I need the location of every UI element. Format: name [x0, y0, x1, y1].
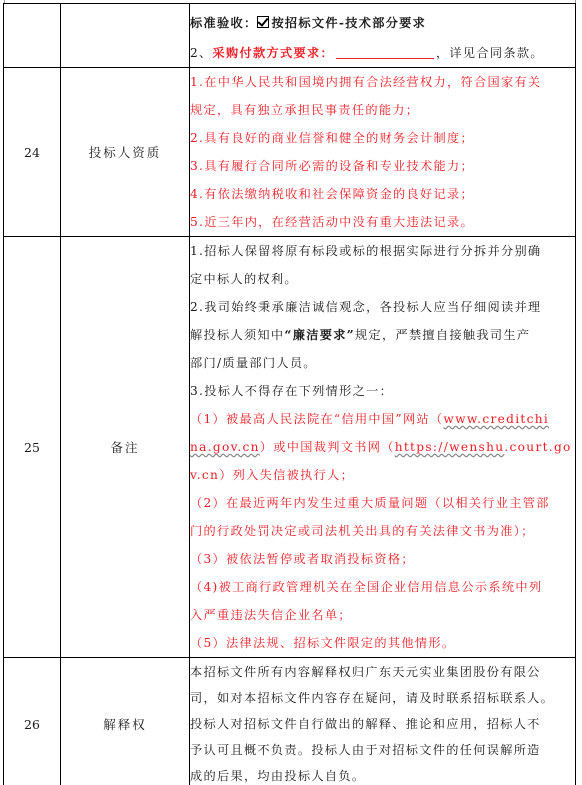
wenshu-link-tail[interactable]: .court.go — [504, 440, 571, 454]
acceptance-value: 按招标文件-技术部分要求 — [271, 16, 426, 30]
qualification-line: 2.具有良好的商业信誉和健全的财务会计制度； — [190, 124, 575, 152]
interpretation-line: 本招标文件所有内容解释权归广东天元实业集团股份有限公 — [190, 659, 575, 685]
remark-line: （3）被依法暂停或者取消投标资格； — [190, 545, 575, 573]
qualification-line: 1.在中华人民共和国境内拥有合法经营权力，符合国家有关 — [190, 68, 575, 96]
interpretation-rights-content: 本招标文件所有内容解释权归广东天元实业集团股份有限公 司，如对本招标文件内容存在… — [190, 658, 576, 785]
tender-requirements-table: 标准验收：按招标文件-技术部分要求 2、采购付款方式要求：，详见合同条款。 24… — [3, 3, 576, 785]
remark-text: ）或中国裁判文书网（ — [260, 440, 395, 454]
remark-line: 门的行政处罚决定或司法机关出具的有关法律文书为准）； — [190, 517, 575, 545]
row-number-cell: 25 — [4, 237, 61, 658]
payment-label: 采购付款方式要求： — [213, 46, 334, 60]
payment-blank-field[interactable] — [336, 44, 434, 59]
creditchina-link[interactable]: www.creditchi — [443, 412, 549, 426]
qualification-line: 3.具有履行合同所必需的设备和专业技术能力； — [190, 152, 575, 180]
row-name-cell: 解释权 — [61, 658, 190, 785]
remark-line: 2.我司始终秉承廉洁诚信观念，各投标人应当仔细阅读并理 — [190, 293, 575, 321]
remark-line: na.gov.cn）或中国裁判文书网（https://wenshu.court.… — [190, 433, 575, 461]
row-name-cell — [61, 4, 190, 68]
row-number-cell — [4, 4, 61, 68]
checked-checkbox-icon[interactable] — [257, 16, 269, 28]
remark-line: 解投标人须知中“廉洁要求”规定，严禁擅自接触我司生产 — [190, 321, 575, 349]
creditchina-link-continued[interactable]: na.gov.cn — [190, 440, 260, 454]
acceptance-label: 标准验收： — [190, 16, 257, 30]
remark-text: 规定，严禁擅自接触我司生产 — [355, 328, 530, 342]
remark-line: 1.招标人保留将原有标段或标的根据实际进行分拆并分别确 — [190, 237, 575, 265]
row-number-cell: 26 — [4, 658, 61, 785]
interpretation-line: 成的后果，均由投标人自负。 — [190, 763, 575, 785]
remark-line: 部门/质量部门人员。 — [190, 349, 575, 377]
remark-line: （5）法律法规、招标文件限定的其他情形。 — [190, 629, 575, 657]
bidder-qualification-content: 1.在中华人民共和国境内拥有合法经营权力，符合国家有关 规定，具有独立承担民事责… — [190, 68, 576, 237]
qualification-line: 规定，具有独立承担民事责任的能力； — [190, 96, 575, 124]
remark-line: v.cn）列入失信被执行人； — [190, 461, 575, 489]
wenshu-link[interactable]: https://wenshu — [395, 440, 505, 454]
payment-line: 2、采购付款方式要求：，详见合同条款。 — [190, 39, 575, 67]
interpretation-line: 投标人对招标文件自行做出的解释、推论和应用，招标人不 — [190, 711, 575, 737]
table-row-25: 25 备注 1.招标人保留将原有标段或标的根据实际进行分拆并分别确 定中标人的权… — [4, 237, 576, 658]
table-row-24: 24 投标人资质 1.在中华人民共和国境内拥有合法经营权力，符合国家有关 规定，… — [4, 68, 576, 237]
row-content-cell: 标准验收：按招标文件-技术部分要求 2、采购付款方式要求：，详见合同条款。 — [190, 4, 576, 68]
table-row-continuation: 标准验收：按招标文件-技术部分要求 2、采购付款方式要求：，详见合同条款。 — [4, 4, 576, 68]
remark-line: （1）被最高人民法院在“信用中国”网站（www.creditchi — [190, 405, 575, 433]
qualification-line: 4.有依法缴纳税收和社会保障资金的良好记录； — [190, 180, 575, 208]
remark-line: （4)被工商行政管理机关在全国企业信用信息公示系统中列 — [190, 573, 575, 601]
row-name-cell: 备注 — [61, 237, 190, 658]
payment-suffix: ，详见合同条款。 — [436, 46, 544, 60]
remark-text: （1）被最高人民法院在“信用中国”网站（ — [190, 412, 443, 426]
integrity-requirement-emphasis: “廉洁要求” — [284, 328, 355, 342]
remark-line: 入严重违法失信企业名单； — [190, 601, 575, 629]
table-row-26: 26 解释权 本招标文件所有内容解释权归广东天元实业集团股份有限公 司，如对本招… — [4, 658, 576, 785]
remark-text: ）列入失信被执行人； — [219, 468, 354, 482]
remarks-content: 1.招标人保留将原有标段或标的根据实际进行分拆并分别确 定中标人的权利。 2.我… — [190, 237, 576, 658]
wenshu-link-continued[interactable]: v.cn — [190, 468, 219, 482]
acceptance-line: 标准验收：按招标文件-技术部分要求 — [190, 5, 575, 39]
remark-line: （2）在最近两年内发生过重大质量问题（以相关行业主管部 — [190, 489, 575, 517]
qualification-line: 5.近三年内，在经营活动中没有重大违法记录。 — [190, 208, 575, 236]
remark-text: 解投标人须知中 — [190, 328, 284, 342]
row-name-cell: 投标人资质 — [61, 68, 190, 237]
remark-line: 3.投标人不得存在下列情形之一： — [190, 377, 575, 405]
row-number-cell: 24 — [4, 68, 61, 237]
remark-line: 定中标人的权利。 — [190, 265, 575, 293]
payment-prefix: 2、 — [190, 46, 213, 60]
interpretation-line: 司，如对本招标文件内容存在疑问，请及时联系招标联系人。 — [190, 685, 575, 711]
interpretation-line: 予认可且概不负责。投标人由于对招标文件的任何误解所造 — [190, 737, 575, 763]
